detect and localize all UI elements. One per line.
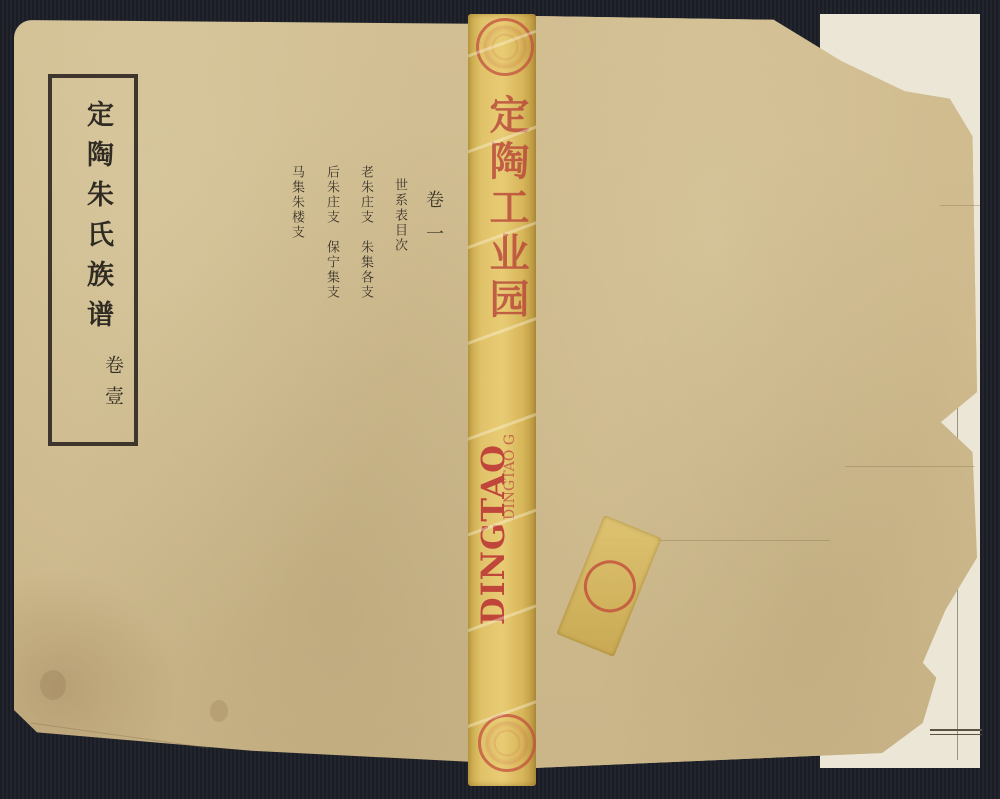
toc-line: 后朱庄支 保宁集支 — [325, 165, 338, 300]
inner-page-border — [930, 729, 982, 731]
toc-line: 世系表目次 — [393, 178, 406, 253]
stain — [210, 700, 228, 722]
back-cover — [534, 16, 986, 768]
inner-page-border — [930, 734, 982, 735]
crease — [845, 466, 975, 467]
toc-line: 马集朱楼支 — [290, 165, 303, 240]
toc-line: 老朱庄支 朱集各支 — [359, 165, 372, 300]
spine-tape: 定陶工业园 DINGTAO DINGTAO G — [468, 14, 536, 786]
tape-gloss — [468, 14, 536, 786]
crease — [940, 205, 980, 206]
volume-label: 卷壹 — [100, 355, 127, 417]
book-photo: 定陶朱氏族谱 卷壹 卷一 世系表目次 老朱庄支 朱集各支 后朱庄支 保宁集支 马… — [0, 0, 1000, 799]
book-title: 定陶朱氏族谱 — [78, 100, 117, 340]
stain — [40, 670, 66, 700]
toc-volume-heading: 卷一 — [424, 190, 442, 258]
